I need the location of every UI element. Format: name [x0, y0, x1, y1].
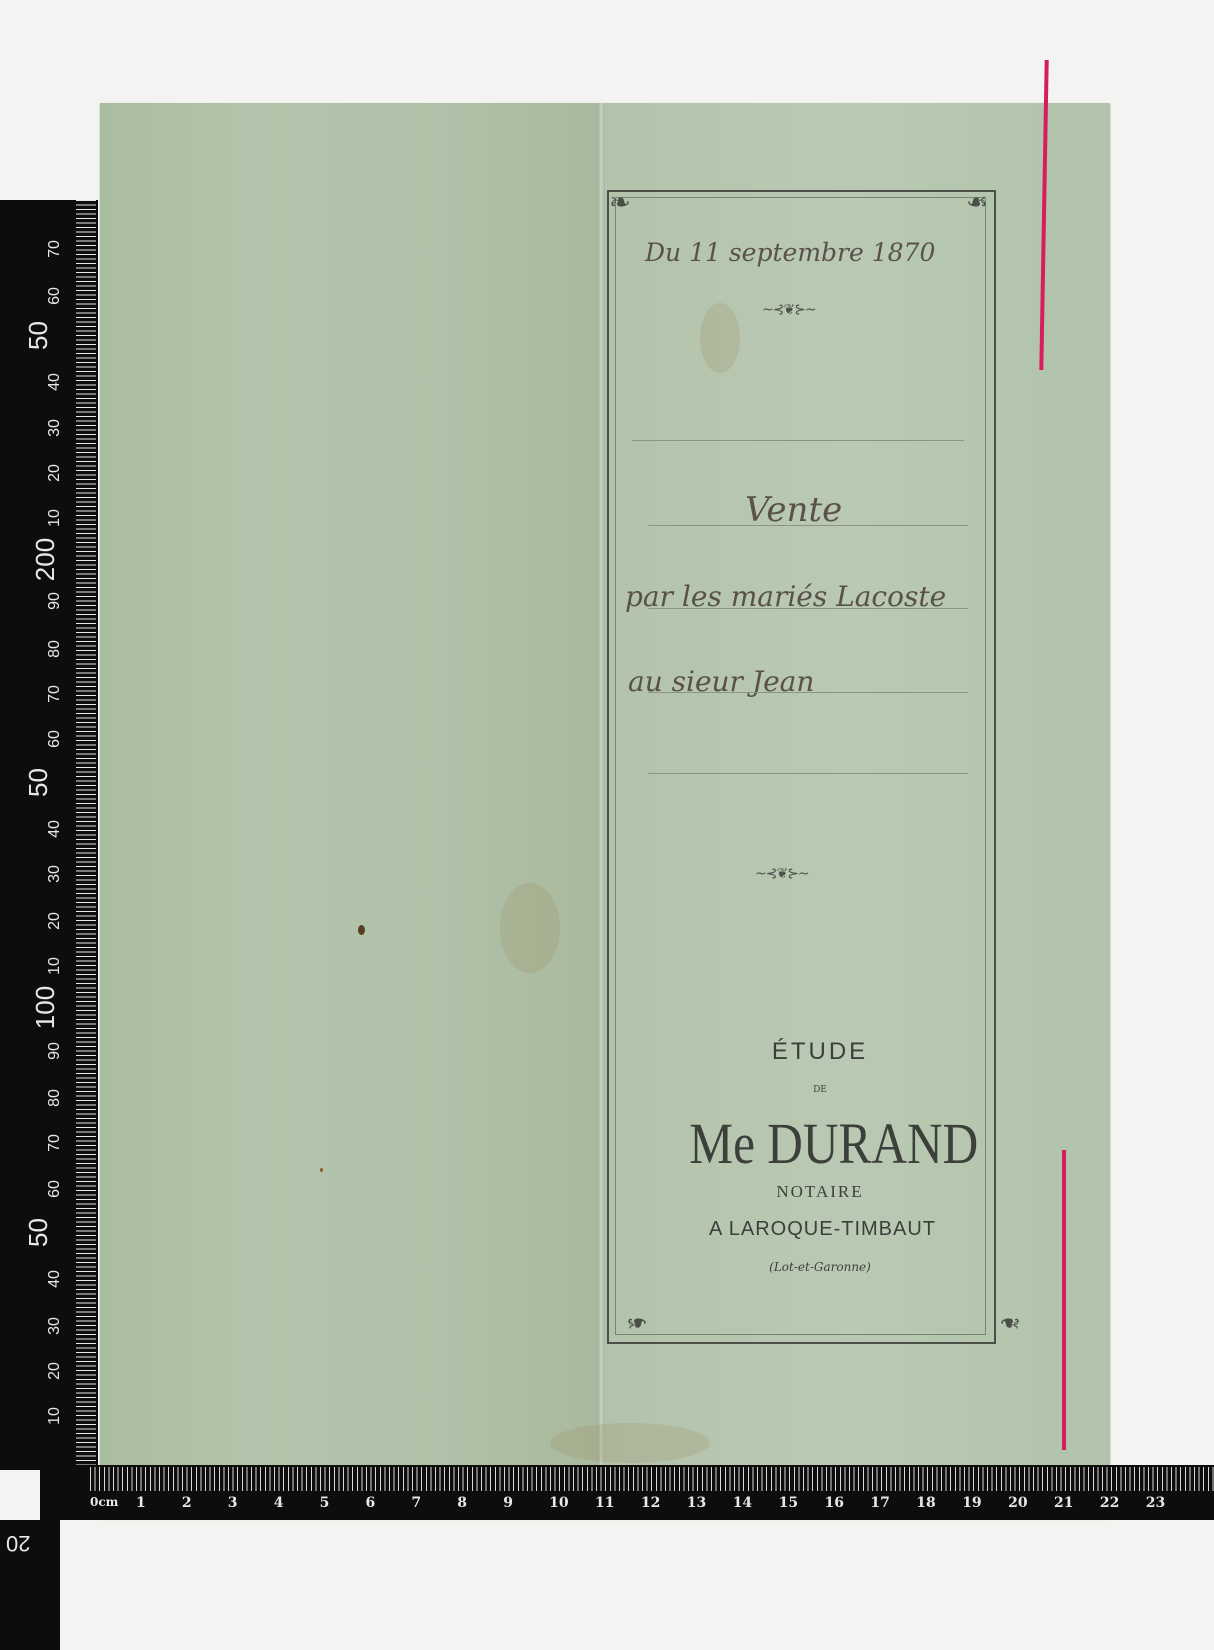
ruler-label: 19	[962, 1495, 981, 1511]
de-label: DE	[780, 1085, 860, 1095]
ruler-label: 90	[46, 592, 64, 610]
buyer-line: au sieur Jean	[628, 665, 814, 698]
notary-location: A LAROQUE-TIMBAUT	[700, 1218, 945, 1241]
ink-spot	[358, 925, 365, 935]
notary-department: (Lot-et-Garonne)	[740, 1260, 900, 1274]
ruler-label: 11	[595, 1495, 614, 1511]
ruled-line	[648, 525, 968, 526]
ruler-label: 23	[1146, 1495, 1165, 1511]
ruled-line	[648, 608, 968, 609]
ruler-label: 10	[46, 1407, 64, 1425]
ruler-label: 80	[46, 640, 64, 658]
ruler-label: 7	[411, 1495, 421, 1511]
ruler-label: 30	[46, 419, 64, 437]
ruler-label: 200	[30, 538, 61, 581]
ruler-label: 60	[46, 287, 64, 305]
ruler-label: 12	[641, 1495, 660, 1511]
ruler-label: 50	[23, 1218, 54, 1247]
ruler-label: 90	[46, 1042, 64, 1060]
ruler-label: 70	[46, 1134, 64, 1152]
folder-left-panel	[100, 103, 600, 1518]
ruler-label: 3	[228, 1495, 238, 1511]
ruler-label: 10	[549, 1495, 568, 1511]
horizontal-ruler: 0cm 123456789101112131415161718192021222…	[40, 1465, 1214, 1520]
ruler-label: 70	[46, 685, 64, 703]
ruler-label: 20	[46, 912, 64, 930]
ruler-label: 70	[46, 240, 64, 258]
corner-ornament-icon: ❧	[993, 1305, 1027, 1339]
ruler-label: 17	[870, 1495, 889, 1511]
etude-heading: ÉTUDE	[700, 1038, 940, 1066]
ruler-label: 15	[779, 1495, 798, 1511]
ruler-label: 30	[46, 1317, 64, 1335]
date-line: Du 11 septembre 1870	[645, 238, 935, 267]
ruler-ticks	[90, 1467, 1214, 1491]
ruler-corner-label: 20	[6, 1530, 30, 1556]
notary-name: DURAND	[767, 1111, 978, 1176]
ruler-label: 100	[30, 986, 61, 1029]
corner-ornament-icon: ❧	[960, 186, 994, 220]
ruler-label: 8	[457, 1495, 467, 1511]
ruler-label: 20	[46, 464, 64, 482]
ruler-label: 40	[46, 1270, 64, 1288]
ruler-label: 10	[46, 509, 64, 527]
ruler-label: 60	[46, 1180, 64, 1198]
notary-prefix: Me	[689, 1111, 755, 1176]
ornament-bottom-icon: ~⊰❦⊱~	[755, 866, 809, 882]
ruler-label: 6	[366, 1495, 376, 1511]
ruler-label: 20	[46, 1362, 64, 1380]
ribbon-bottom	[1062, 1150, 1066, 1450]
ruler-label: 18	[916, 1495, 935, 1511]
ornament-top-icon: ~⊰❦⊱~	[762, 302, 816, 318]
fold-crease	[597, 103, 605, 1518]
ruler-label: 60	[46, 730, 64, 748]
ruler-label: 10	[46, 957, 64, 975]
ruler-label: 2	[182, 1495, 192, 1511]
ruler-label: 14	[733, 1495, 752, 1511]
ruler-ticks	[66, 200, 96, 1470]
corner-ornament-icon: ❧	[603, 186, 637, 220]
deed-title: Vente	[745, 490, 842, 530]
corner-ornament-icon: ❧	[620, 1305, 654, 1339]
ruler-label: 40	[46, 373, 64, 391]
ruled-line	[648, 773, 968, 774]
ruler-label: 22	[1100, 1495, 1119, 1511]
ruler-label: 1	[136, 1495, 146, 1511]
ruler-label: 20	[1008, 1495, 1027, 1511]
ruler-label: 16	[825, 1495, 844, 1511]
stain	[550, 1423, 710, 1463]
ruler-label: 40	[46, 820, 64, 838]
ink-spot	[320, 1168, 323, 1172]
ruler-label: 30	[46, 865, 64, 883]
ruler-label: 50	[23, 321, 54, 350]
ruler-unit-label: 0cm	[90, 1495, 118, 1509]
ruler-label: 9	[503, 1495, 513, 1511]
ruler-label: 50	[23, 768, 54, 797]
ruler-label: 21	[1054, 1495, 1073, 1511]
ruler-label: 4	[274, 1495, 284, 1511]
notary-name-line: Me DURAND	[689, 1110, 953, 1177]
ruled-line	[632, 440, 964, 441]
notary-role: NOTAIRE	[740, 1182, 900, 1202]
ruled-line	[648, 692, 968, 693]
ruler-label: 80	[46, 1089, 64, 1107]
ruler-label: 13	[687, 1495, 706, 1511]
ruler-label: 5	[320, 1495, 330, 1511]
stain	[500, 883, 560, 973]
